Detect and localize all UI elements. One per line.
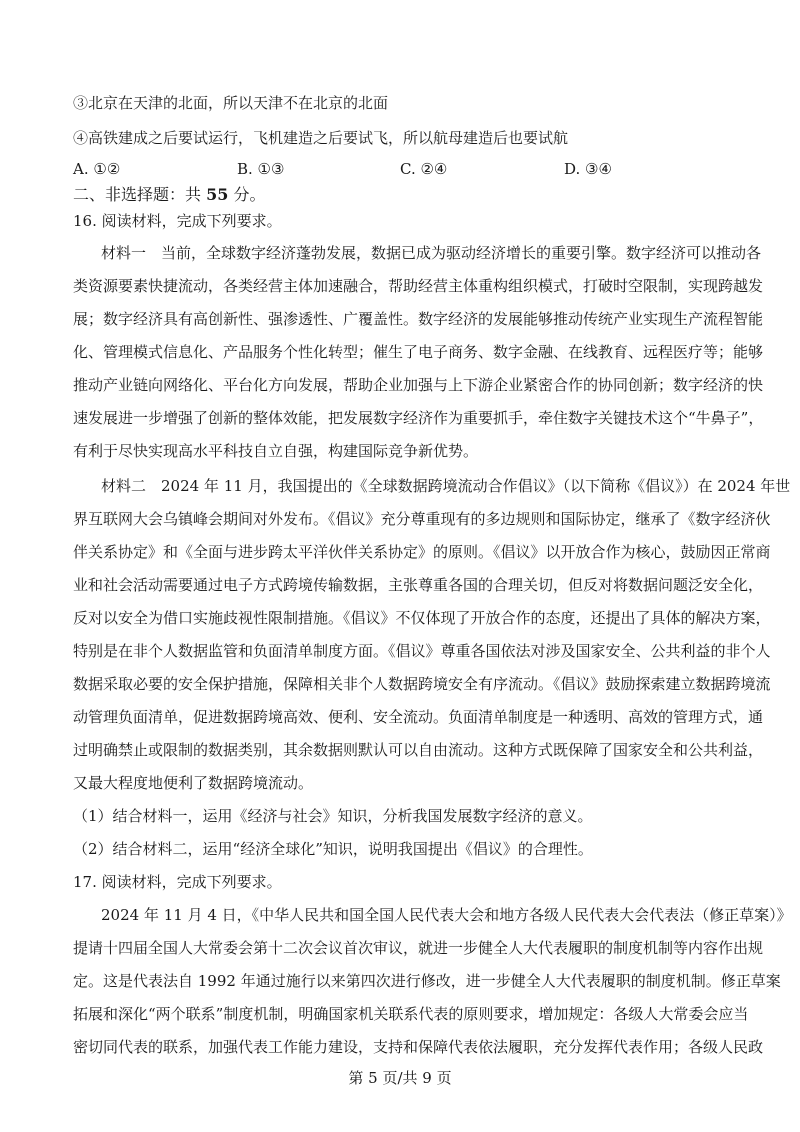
material-line: 材料二 2024 年 11 月，我国提出的《全球数据跨境流动合作倡议》（以下简称… <box>101 476 724 496</box>
material-line: 推动产业链向网络化、平台化方向发展，帮助企业加强与上下游企业紧密合作的协同创新；… <box>73 375 724 395</box>
material-line: 又最大程度地便利了数据跨境流动。 <box>73 773 724 793</box>
q16-sub-question-1: （1）结合材料一，运用《经济与社会》知识，分析我国发展数字经济的意义。 <box>73 806 724 826</box>
material-line: 类资源要素快捷流动，各类经营主体加速融合，帮助经营主体重构组织模式，打破时空限制… <box>73 276 724 296</box>
material-line: 密切同代表的联系，加强代表工作能力建设，支持和保障代表依法履职，充分发挥代表作用… <box>73 1037 724 1057</box>
statement-3: ③北京在天津的北面，所以天津不在北京的北面 <box>73 93 724 113</box>
material-line: 材料一 当前，全球数字经济蓬勃发展，数据已成为驱动经济增长的重要引擎。数字经济可… <box>101 243 724 263</box>
material-line: 定。这是代表法自 1992 年通过施行以来第四次进行修改，进一步健全人大代表履职… <box>73 971 724 991</box>
material-line: 提请十四届全国人大常委会第十二次会议首次审议，就进一步健全人大代表履职的制度机制… <box>73 938 724 958</box>
q16-sub-question-2: （2）结合材料二，运用“经济全球化”知识，说明我国提出《倡议》的合理性。 <box>73 839 724 859</box>
option-a: A. ①② <box>73 159 120 179</box>
material-line: 界互联网大会乌镇峰会期间对外发布。《倡议》充分尊重现有的多边规则和国际协定，继承… <box>73 509 724 529</box>
material-line: 过明确禁止或限制的数据类别，其余数据则默认可以自由流动。这种方式既保障了国家安全… <box>73 740 724 760</box>
material-line: 有利于尽快实现高水平科技自立自强，构建国际竞争新优势。 <box>73 441 724 461</box>
option-d: D. ③④ <box>564 159 612 179</box>
section-title: 二、非选择题：共 55 分。 <box>73 185 724 205</box>
option-b: B. ①③ <box>237 159 284 179</box>
material-line: 拓展和深化“两个联系”制度机制，明确国家机关联系代表的原则要求，增加规定：各级人… <box>73 1004 724 1024</box>
material-line: 2024 年 11 月 4 日，《中华人民共和国全国人民代表大会和地方各级人民代… <box>101 905 724 925</box>
page-number: 第 5 页/共 9 页 <box>0 1068 800 1088</box>
section-title-prefix: 二、非选择题：共 <box>73 185 206 204</box>
material-line: 动管理负面清单，促进数据跨境高效、便利、安全流动。负面清单制度是一种透明、高效的… <box>73 707 724 727</box>
material-line: 速发展进一步增强了创新的整体效能，把发展数字经济作为重要抓手，牵住数字关键技术这… <box>73 408 724 428</box>
option-c: C. ②④ <box>400 159 447 179</box>
material-line: 特别是在非个人数据监管和负面清单制度方面。《倡议》尊重各国依法对涉及国家安全、公… <box>73 641 724 661</box>
exam-page: ③北京在天津的北面，所以天津不在北京的北面 ④高铁建成之后要试运行，飞机建造之后… <box>0 0 800 1132</box>
material-line: 反对以安全为借口实施歧视性限制措施。《倡议》不仅体现了开放合作的态度，还提出了具… <box>73 608 724 628</box>
section-title-suffix: 分。 <box>228 185 265 204</box>
material-line: 伴关系协定》和《全面与进步跨太平洋伙伴关系协定》的原则。《倡议》以开放合作为核心… <box>73 542 724 562</box>
statement-4: ④高铁建成之后要试运行，飞机建造之后要试飞，所以航母建造后也要试航 <box>73 128 724 148</box>
material-line: 业和社会活动需要通过电子方式跨境传输数据，主张尊重各国的合理关切，但反对将数据问… <box>73 575 724 595</box>
material-line: 化、管理模式信息化、产品服务个性化转型；催生了电子商务、数字金融、在线教育、远程… <box>73 342 724 362</box>
q17-stem: 17. 阅读材料，完成下列要求。 <box>73 872 724 892</box>
section-score: 55 <box>206 185 228 204</box>
q16-stem: 16. 阅读材料，完成下列要求。 <box>73 211 724 231</box>
material-line: 数据采取必要的安全保护措施，保障相关非个人数据跨境安全有序流动。《倡议》鼓励探索… <box>73 674 724 694</box>
material-line: 展；数字经济具有高创新性、强渗透性、广覆盖性。数字经济的发展能够推动传统产业实现… <box>73 309 724 329</box>
